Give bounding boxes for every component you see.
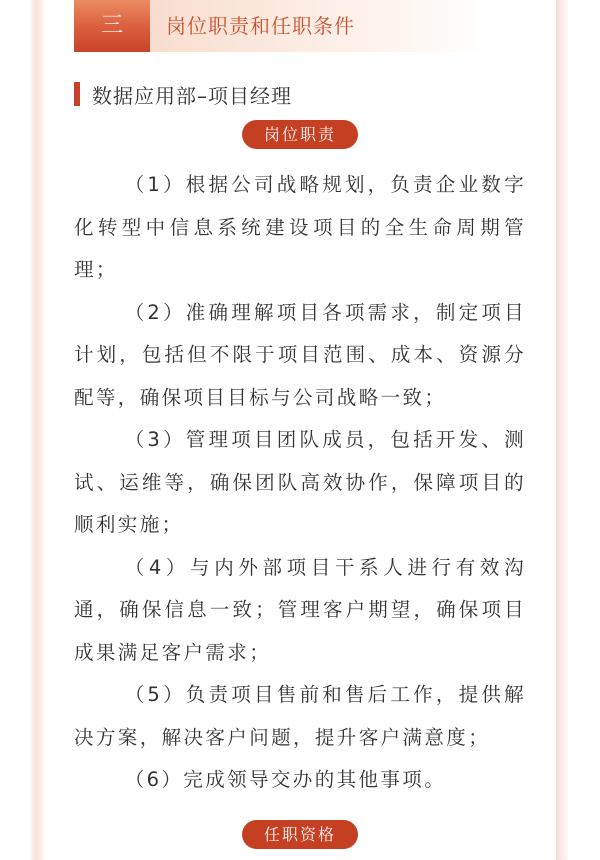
duty-item: （4）与内外部项目干系人进行有效沟通，确保信息一致；管理客户期望，确保项目成果满… — [74, 547, 526, 675]
department-heading: 数据应用部–项目经理 — [74, 80, 292, 108]
duties-list: （1）根据公司战略规划，负责企业数字化转型中信息系统建设项目的全生命周期管理； … — [74, 164, 526, 802]
qualifications-pill-label: 任职资格 — [242, 820, 358, 849]
section-banner: 三 岗位职责和任职条件 — [74, 0, 490, 52]
card-right-border — [556, 0, 569, 860]
card-left-border — [31, 0, 44, 860]
duty-item: （1）根据公司战略规划，负责企业数字化转型中信息系统建设项目的全生命周期管理； — [74, 164, 526, 292]
duty-item: （5）负责项目售前和售后工作，提供解决方案，解决客户问题，提升客户满意度； — [74, 674, 526, 759]
section-number: 三 — [74, 0, 150, 52]
duty-item: （6）完成领导交办的其他事项。 — [74, 759, 526, 802]
duties-pill-label: 岗位职责 — [242, 120, 358, 149]
duty-item: （2）准确理解项目各项需求，制定项目计划，包括但不限于项目范围、成本、资源分配等… — [74, 292, 526, 420]
heading-accent-bar — [74, 82, 80, 106]
duty-item: （3）管理项目团队成员，包括开发、测试、运维等，确保团队高效协作，保障项目的顺利… — [74, 419, 526, 547]
department-title: 数据应用部–项目经理 — [92, 80, 292, 109]
section-title: 岗位职责和任职条件 — [166, 0, 355, 52]
